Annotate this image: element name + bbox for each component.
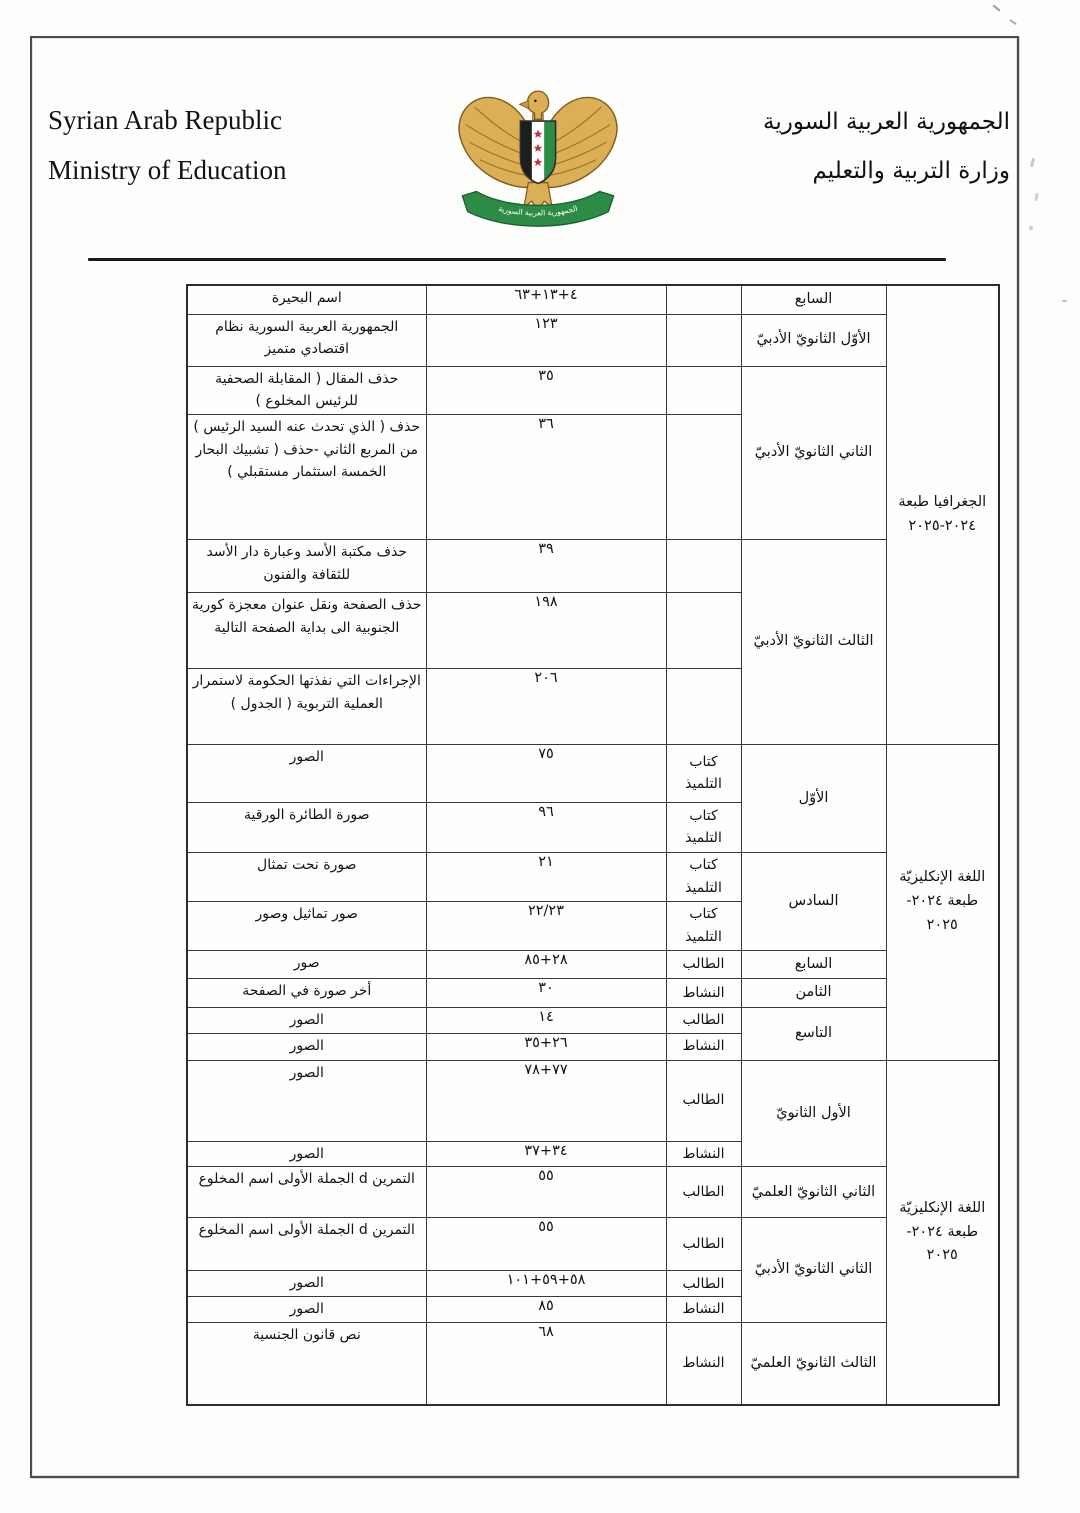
section-label-english-2: اللغة الإنكليزيّة طبعة ٢٠٢٤- ٢٠٢٥: [886, 1060, 999, 1405]
table-row: الثاني الثانويّ الأدبيّ ٣٥ حذف المقال ( …: [187, 366, 999, 414]
table-row: اللغة الإنكليزيّة طبعة ٢٠٢٤- ٢٠٢٥ الأوّل…: [187, 744, 999, 802]
cell-pages: ٣٩: [426, 539, 666, 592]
cell-desc: الإجراءات التي نفذتها الحكومة لاستمرار ا…: [187, 668, 426, 744]
cell-book: [666, 414, 741, 539]
cell-pages: ٣٠: [426, 979, 666, 1007]
cell-grade: الأوّل الثانويّ الأدبيّ: [741, 314, 886, 366]
scan-speck: [1030, 158, 1035, 167]
cell-pages: ٢١: [426, 852, 666, 901]
cell-pages: ٣٥: [426, 366, 666, 414]
cell-grade: الأول الثانويّ: [741, 1060, 886, 1167]
scan-speck: [1029, 226, 1033, 230]
cell-desc: الصور: [187, 1297, 426, 1323]
cell-pages: ٧٧+٧٨: [426, 1060, 666, 1141]
ministry-emblem-eagle: الجمهورية العربية السورية: [450, 80, 626, 236]
scan-speck: [1062, 300, 1067, 302]
cell-desc: صور تماثيل وصور: [187, 901, 426, 950]
cell-desc: التمرين d الجملة الأولى اسم المخلوع: [187, 1218, 426, 1271]
cell-pages: ٣٤+٣٧: [426, 1141, 666, 1167]
table-row: الثاني الثانويّ الأدبيّ الطالب ٥٥ التمري…: [187, 1218, 999, 1271]
cell-grade: التاسع: [741, 1007, 886, 1060]
cell-book: كتاب التلميذ: [666, 744, 741, 802]
cell-desc: حذف مكتبة الأسد وعبارة دار الأسد للثقافة…: [187, 539, 426, 592]
header-arabic: الجمهورية العربية السورية وزارة التربية …: [763, 98, 1010, 197]
table-row: السابع الطالب ٢٨+٨٥ صور: [187, 950, 999, 978]
cell-book: النشاط: [666, 1322, 741, 1405]
cell-pages: ٦٨: [426, 1322, 666, 1405]
table-row: السادس كتاب التلميذ ٢١ صورة نحت تمثال: [187, 852, 999, 901]
scanned-document-page: Syrian Arab Republic Ministry of Educati…: [0, 0, 1080, 1513]
cell-desc: حذف الصفحة ونقل عنوان معجزة كورية الجنوب…: [187, 592, 426, 668]
cell-book: الطالب: [666, 1271, 741, 1297]
cell-grade: السادس: [741, 852, 886, 950]
cell-desc: حذف ( الذي تحدث عنه السيد الرئيس ) من ال…: [187, 414, 426, 539]
cell-book: النشاط: [666, 1141, 741, 1167]
cell-book: الطالب: [666, 950, 741, 978]
cell-grade: الثالث الثانويّ العلميّ: [741, 1322, 886, 1405]
table-row: الثالث الثانويّ الأدبيّ ٣٩ حذف مكتبة الأ…: [187, 539, 999, 592]
cell-grade: الثامن: [741, 979, 886, 1007]
cell-desc: الصور: [187, 744, 426, 802]
cell-pages: ١٢٣: [426, 314, 666, 366]
cell-book: الطالب: [666, 1167, 741, 1218]
cell-pages: ٩٦: [426, 802, 666, 852]
cell-pages: ٤+١٣+٦٣: [426, 285, 666, 314]
cell-desc: الصور: [187, 1033, 426, 1060]
country-name-ar: الجمهورية العربية السورية: [763, 98, 1010, 147]
cell-desc: الصور: [187, 1007, 426, 1033]
cell-pages: ٥٥: [426, 1167, 666, 1218]
header-english: Syrian Arab Republic Ministry of Educati…: [48, 96, 286, 196]
cell-grade: الأوّل: [741, 744, 886, 852]
cell-pages: ٢٨+٨٥: [426, 950, 666, 978]
section-label-english-1: اللغة الإنكليزيّة طبعة ٢٠٢٤- ٢٠٢٥: [886, 744, 999, 1060]
cell-pages: ٨٥: [426, 1297, 666, 1323]
cell-book: [666, 539, 741, 592]
cell-book: النشاط: [666, 1297, 741, 1323]
scan-speck: [1034, 193, 1038, 201]
cell-grade: السابع: [741, 285, 886, 314]
cell-desc: التمرين d الجملة الأولى اسم المخلوع: [187, 1167, 426, 1218]
section-label-geography: الجغرافيا طبعة ٢٠٢٤-٢٠٢٥: [886, 285, 999, 744]
cell-desc: الجمهورية العربية السورية نظام اقتصادي م…: [187, 314, 426, 366]
cell-book: الطالب: [666, 1218, 741, 1271]
cell-grade: الثاني الثانويّ العلميّ: [741, 1167, 886, 1218]
cell-book: [666, 314, 741, 366]
table-row: الثالث الثانويّ العلميّ النشاط ٦٨ نص قان…: [187, 1322, 999, 1405]
cell-desc: صورة الطائرة الورقية: [187, 802, 426, 852]
cell-pages: ٢٢/٢٣: [426, 901, 666, 950]
cell-book: [666, 668, 741, 744]
cell-pages: ٣٦: [426, 414, 666, 539]
textbook-revisions-table: الجغرافيا طبعة ٢٠٢٤-٢٠٢٥ السابع ٤+١٣+٦٣ …: [186, 284, 1000, 1406]
cell-grade: الثالث الثانويّ الأدبيّ: [741, 539, 886, 744]
cell-pages: ٧٥: [426, 744, 666, 802]
table-row: التاسع الطالب ١٤ الصور: [187, 1007, 999, 1033]
cell-desc: الصور: [187, 1060, 426, 1141]
cell-pages: ٢٠٦: [426, 668, 666, 744]
ministry-name-en: Ministry of Education: [48, 146, 286, 196]
cell-pages: ١٤: [426, 1007, 666, 1033]
cell-desc: أخر صورة في الصفحة: [187, 979, 426, 1007]
cell-book: الطالب: [666, 1060, 741, 1141]
cell-desc: الصور: [187, 1141, 426, 1167]
cell-grade: السابع: [741, 950, 886, 978]
cell-pages: ٥٥: [426, 1218, 666, 1271]
cell-desc: الصور: [187, 1271, 426, 1297]
cell-book: النشاط: [666, 1033, 741, 1060]
cell-book: النشاط: [666, 979, 741, 1007]
cell-book: [666, 366, 741, 414]
cell-grade: الثاني الثانويّ الأدبيّ: [741, 366, 886, 539]
cell-pages: ٥٨+٥٩+١٠١: [426, 1271, 666, 1297]
cell-book: [666, 285, 741, 314]
cell-desc: صور: [187, 950, 426, 978]
cell-desc: صورة نحت تمثال: [187, 852, 426, 901]
cell-book: الطالب: [666, 1007, 741, 1033]
cell-book: كتاب التلميذ: [666, 802, 741, 852]
cell-book: كتاب التلميذ: [666, 901, 741, 950]
scan-speck: [992, 4, 1000, 11]
header-divider-rule: [88, 258, 946, 261]
cell-pages: ٢٦+٣٥: [426, 1033, 666, 1060]
country-name-en: Syrian Arab Republic: [48, 96, 286, 146]
table-row: الجغرافيا طبعة ٢٠٢٤-٢٠٢٥ السابع ٤+١٣+٦٣ …: [187, 285, 999, 314]
cell-grade: الثاني الثانويّ الأدبيّ: [741, 1218, 886, 1323]
ministry-name-ar: وزارة التربية والتعليم: [763, 147, 1010, 196]
table-row: اللغة الإنكليزيّة طبعة ٢٠٢٤- ٢٠٢٥ الأول …: [187, 1060, 999, 1141]
table-row: الأوّل الثانويّ الأدبيّ ١٢٣ الجمهورية ال…: [187, 314, 999, 366]
cell-book: كتاب التلميذ: [666, 852, 741, 901]
cell-desc: اسم البحيرة: [187, 285, 426, 314]
cell-pages: ١٩٨: [426, 592, 666, 668]
cell-desc: حذف المقال ( المقابلة الصحفية للرئيس الم…: [187, 366, 426, 414]
cell-book: [666, 592, 741, 668]
scan-speck: [1009, 19, 1017, 25]
cell-desc: نص قانون الجنسية: [187, 1322, 426, 1405]
table-row: الثاني الثانويّ العلميّ الطالب ٥٥ التمري…: [187, 1167, 999, 1218]
table-row: الثامن النشاط ٣٠ أخر صورة في الصفحة: [187, 979, 999, 1007]
